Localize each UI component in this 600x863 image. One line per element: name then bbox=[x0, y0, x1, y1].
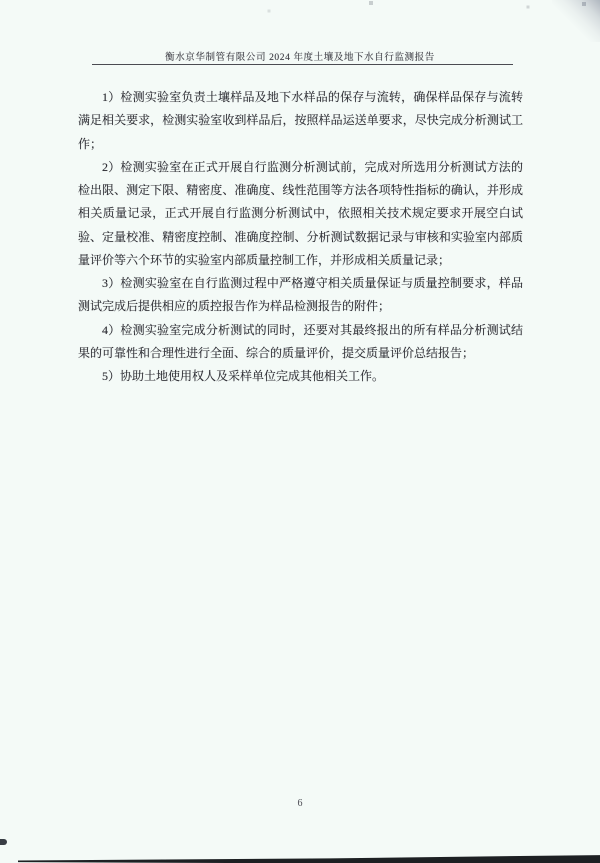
header-underline bbox=[92, 64, 513, 65]
page-header: 衡水京华制管有限公司 2024 年度土壤及地下水自行监测报告 bbox=[0, 49, 600, 63]
page-number: 6 bbox=[298, 798, 303, 809]
scan-artifact-top-right-corner bbox=[552, 0, 600, 42]
document-page: 衡水京华制管有限公司 2024 年度土壤及地下水自行监测报告 1）检测实验室负责… bbox=[0, 0, 600, 863]
paragraph-4: 4）检测实验室完成分析测试的同时，还要对其最终报出的所有样品分析测试结果的可靠性… bbox=[78, 319, 523, 366]
paragraph-3: 3）检测实验室在自行监测过程中严格遵守相关质量保证与质量控制要求，样品测试完成后… bbox=[78, 272, 523, 319]
paragraph-1: 1）检测实验室负责土壤样品及地下水样品的保存与流转，确保样品保存与流转满足相关要… bbox=[78, 86, 523, 156]
paragraph-2: 2）检测实验室在正式开展自行监测分析测试前，完成对所选用分析测试方法的检出限、测… bbox=[78, 156, 523, 272]
scan-artifact-bottom-edge bbox=[0, 854, 600, 863]
scan-noise-specks bbox=[0, 0, 2, 2]
page-footer: 6 bbox=[0, 798, 600, 809]
scan-artifact-left-edge-speck bbox=[0, 839, 7, 845]
document-body: 1）检测实验室负责土壤样品及地下水样品的保存与流转，确保样品保存与流转满足相关要… bbox=[78, 86, 523, 388]
header-title: 衡水京华制管有限公司 2024 年度土壤及地下水自行监测报告 bbox=[165, 53, 435, 63]
paragraph-5: 5）协助土地使用权人及采样单位完成其他相关工作。 bbox=[78, 365, 523, 388]
